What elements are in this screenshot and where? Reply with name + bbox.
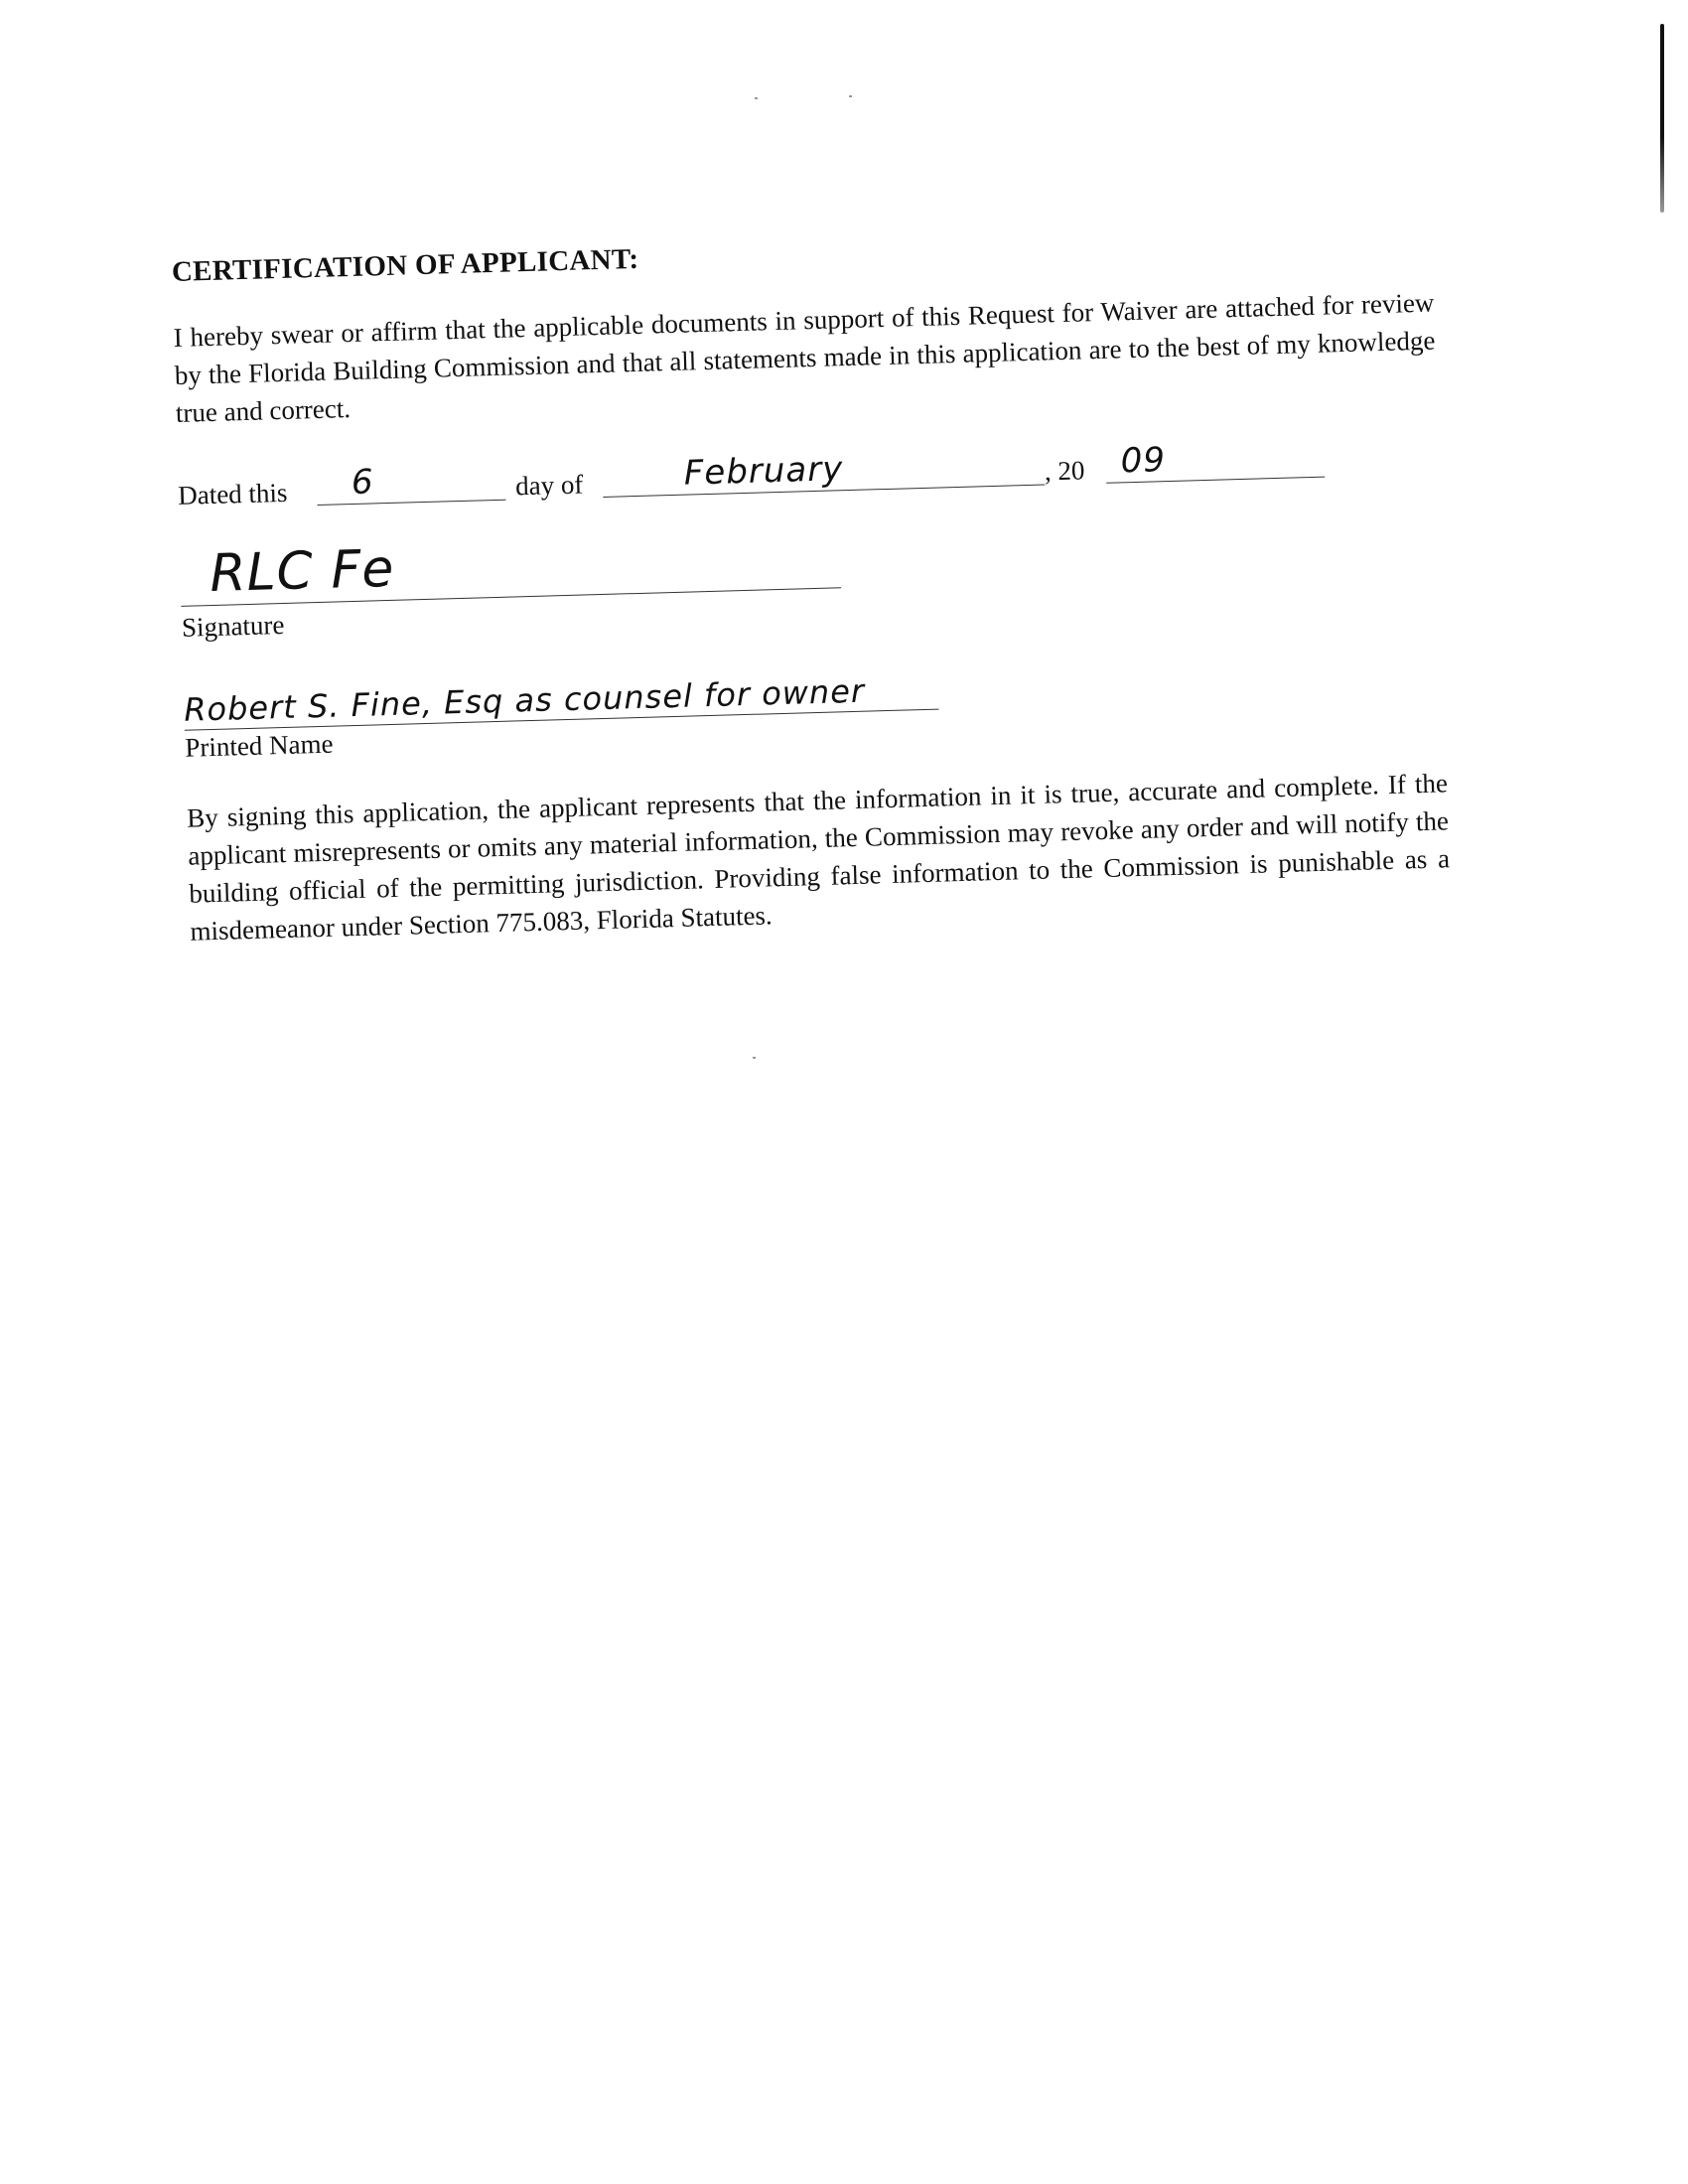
- scan-speck: [755, 97, 758, 99]
- signature-value: RLC Fe: [210, 539, 395, 604]
- disclaimer-text: By signing this application, the applica…: [187, 764, 1452, 949]
- certification-section: CERTIFICATION OF APPLICANT: I hereby swe…: [171, 204, 1452, 950]
- section-heading: CERTIFICATION OF APPLICANT:: [172, 221, 1433, 289]
- day-value: 6: [351, 462, 374, 503]
- scan-speck: [849, 95, 852, 97]
- dated-this-label: Dated this: [178, 478, 288, 511]
- affirmation-text: I hereby swear or affirm that the applic…: [173, 284, 1437, 432]
- day-field[interactable]: [318, 500, 506, 506]
- year-prefix: , 20: [1044, 455, 1084, 487]
- day-of-label: day of: [515, 470, 584, 503]
- month-value: February: [683, 449, 844, 493]
- scan-speck: [753, 1057, 756, 1059]
- scan-edge-mark: [1660, 24, 1664, 213]
- scanned-page: CERTIFICATION OF APPLICANT: I hereby swe…: [0, 0, 1688, 2184]
- year-value: 09: [1120, 440, 1166, 481]
